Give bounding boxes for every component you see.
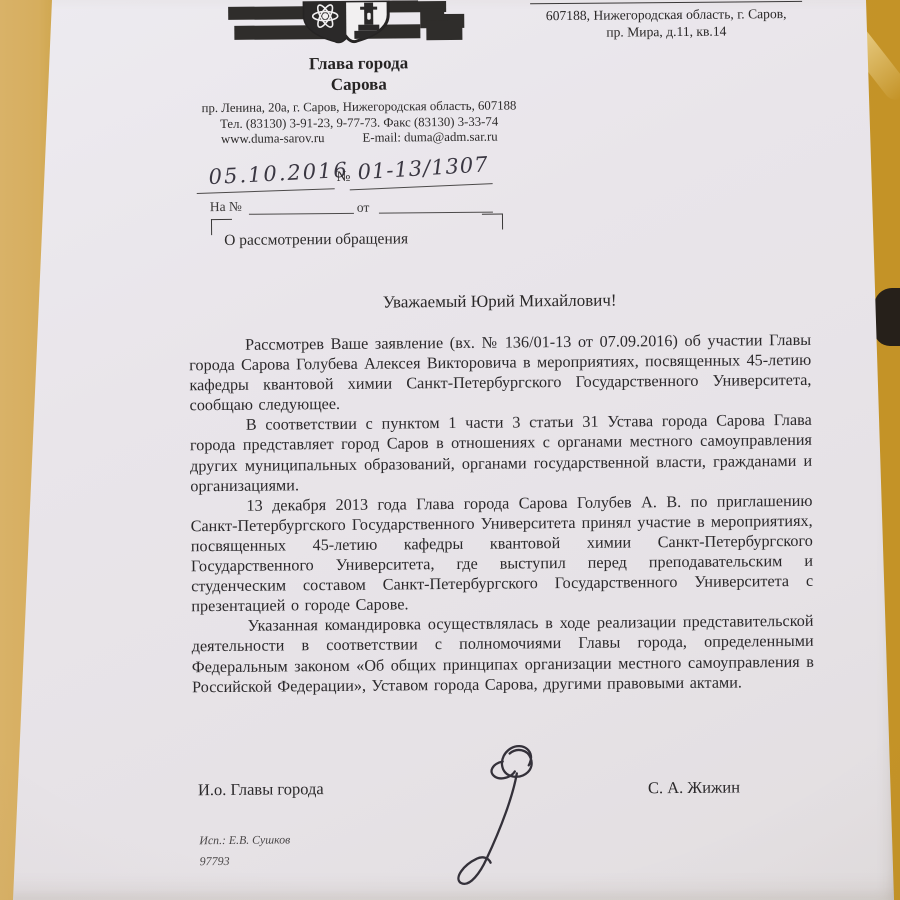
addressee-line1: 607188, Нижегородская область, г. Саров,: [524, 5, 808, 24]
document-paper: Глава города Сарова пр. Ленина, 20а, г. …: [0, 0, 900, 900]
document-content: Глава города Сарова пр. Ленина, 20а, г. …: [0, 0, 900, 900]
incoming-date-label: от: [357, 200, 370, 216]
executor-name: Исп.: Е.В. Сушков: [199, 832, 290, 847]
incoming-number-label: На №: [210, 199, 242, 215]
paragraph: Рассмотрев Ваше заявление (вх. № 136/01-…: [189, 330, 812, 416]
executor-phone: 97793: [200, 853, 291, 868]
letterhead-block: Глава города Сарова пр. Ленина, 20а, г. …: [189, 51, 530, 147]
signer-name: С. А. Жижин: [648, 777, 740, 798]
org-title-line1: Глава города: [189, 51, 529, 75]
signer-position: И.о. Главы города: [198, 779, 324, 800]
handwritten-outgoing-number: 01-13/1307: [357, 152, 489, 184]
subject-line: О рассмотрении обращения: [224, 230, 408, 250]
handwritten-signature: [441, 741, 567, 892]
desk-object: [874, 288, 900, 346]
letter-body: Рассмотрев Ваше заявление (вх. № 136/01-…: [189, 330, 814, 697]
addressee-block: 607188, Нижегородская область, г. Саров,…: [524, 1, 808, 41]
number-sign-label: №: [337, 169, 351, 186]
incoming-date-blank: [379, 212, 493, 214]
addressee-rule: [530, 1, 802, 4]
number-underline: [350, 183, 493, 190]
salutation: Уважаемый Юрий Михайлович!: [189, 289, 811, 314]
addressee-line2: пр. Мира, д.11, кв.14: [524, 22, 808, 41]
incoming-number-blank: [249, 213, 354, 215]
paragraph: 13 декабря 2013 года Глава города Сарова…: [190, 491, 813, 617]
org-web-row: www.duma-sarov.ru E-mail: duma@adm.sar.r…: [189, 129, 529, 147]
paragraph: Указанная командировка осуществлялась в …: [191, 611, 814, 697]
date-underline: [197, 188, 335, 194]
handwritten-date: 05.10.2016: [208, 158, 349, 189]
subject-corner-mark-right: [482, 214, 503, 230]
sarov-coat-of-arms-icon: [224, 0, 470, 50]
org-email: E-mail: duma@adm.sar.ru: [362, 130, 497, 146]
org-website: www.duma-sarov.ru: [221, 131, 325, 147]
org-title-line2: Сарова: [189, 72, 529, 96]
photo-scene: Глава города Сарова пр. Ленина, 20а, г. …: [0, 0, 900, 900]
paragraph: В соответствии с пунктом 1 части 3 стать…: [190, 410, 813, 496]
executor-block: Исп.: Е.В. Сушков 97793: [199, 832, 290, 868]
